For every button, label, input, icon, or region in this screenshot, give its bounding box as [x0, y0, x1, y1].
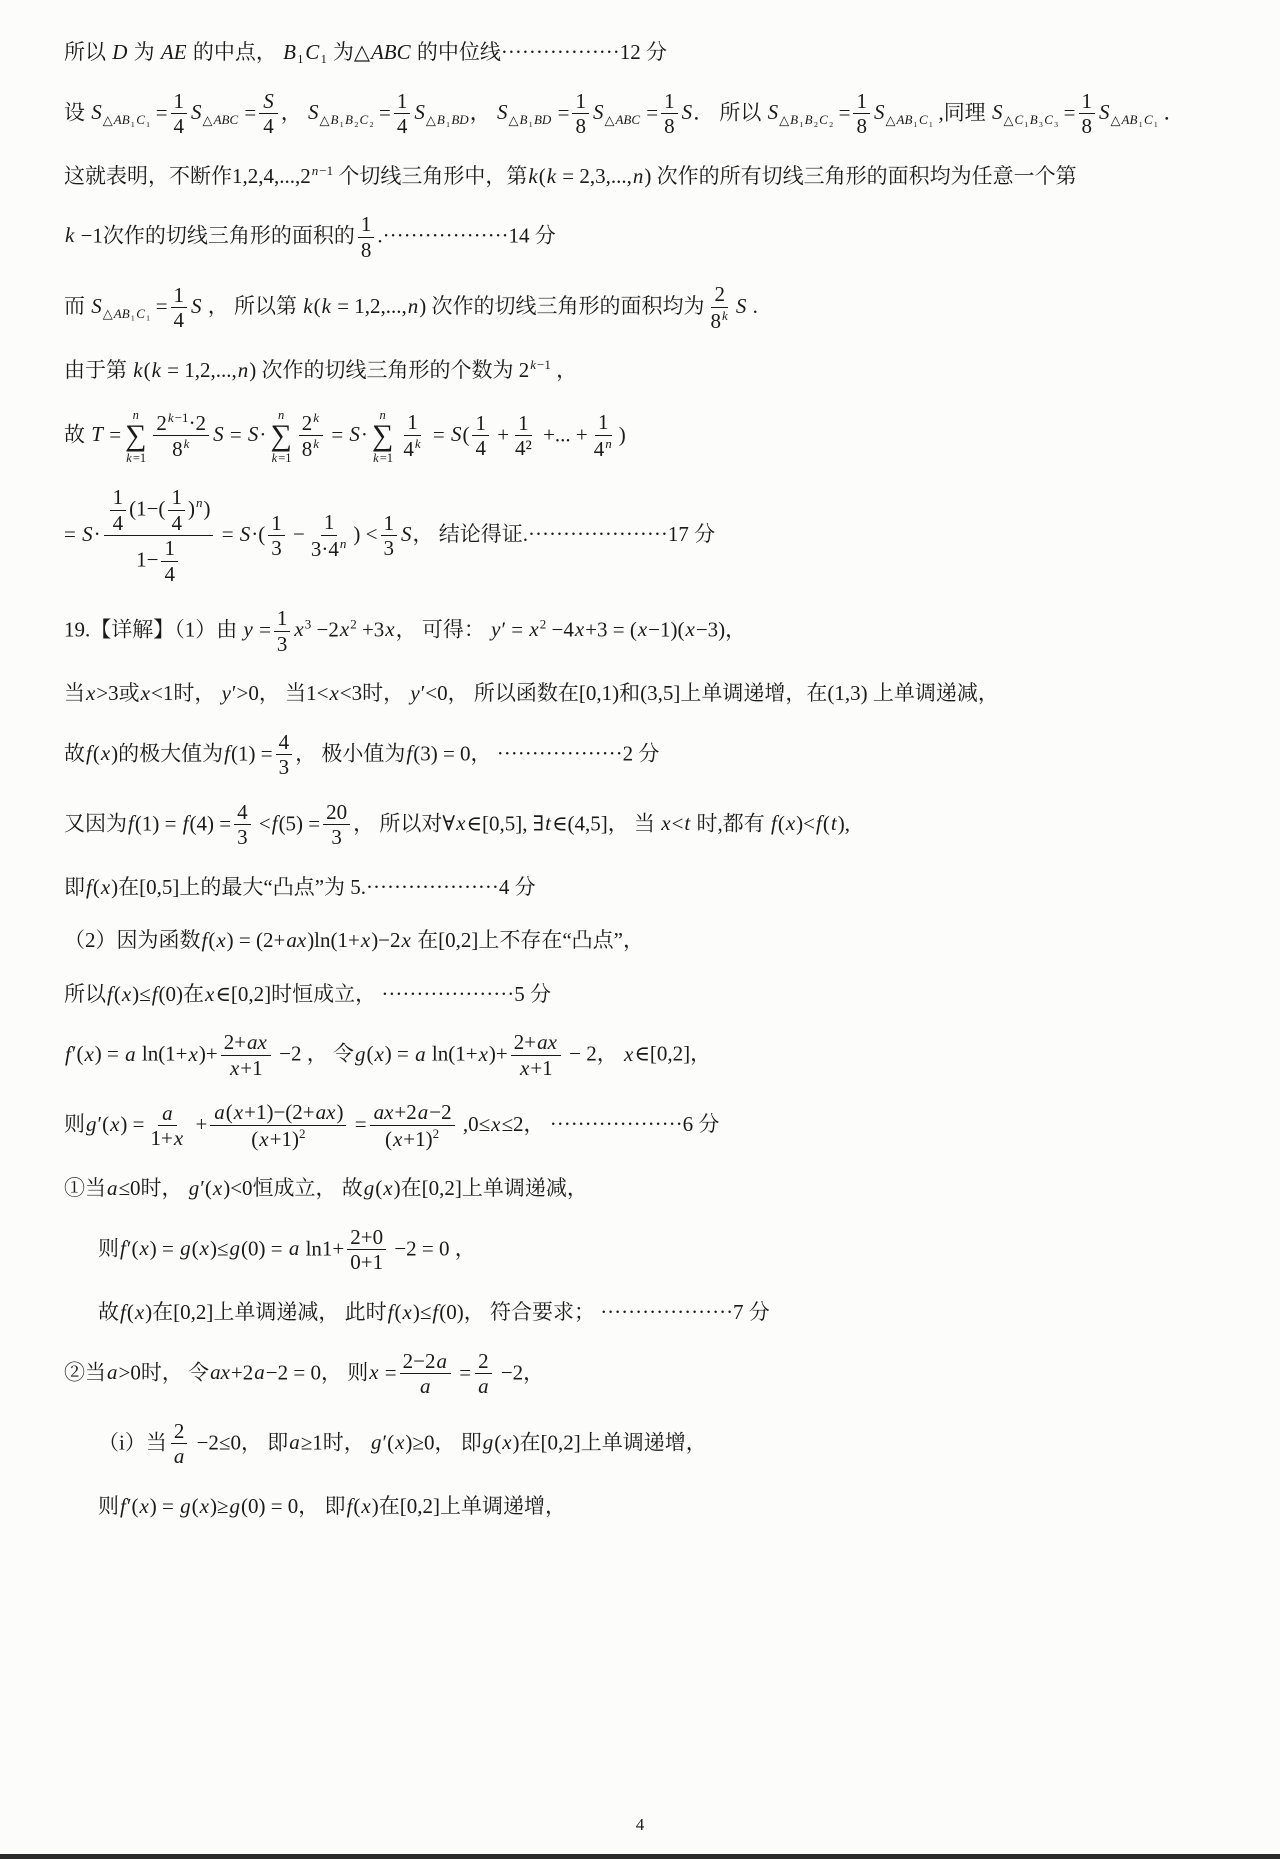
math-line-15: 所以f(x)≤f(0)在x∈[0,2]时恒成立， ···············…: [64, 978, 1224, 1011]
fraction: 2+00+1: [347, 1226, 386, 1275]
fraction: 13·4n: [308, 511, 351, 561]
fraction: 18: [358, 213, 375, 262]
summation: n∑k=1: [270, 408, 291, 465]
fraction: 14(1−(14)n)1−14: [104, 486, 214, 586]
math-line-7: 故 T =n∑k=12k−1·28kS = S·n∑k=12k8k = S·n∑…: [64, 408, 1224, 465]
math-line-9: 19.【详解】（1）由 y =13x3 −2x2 +3x， 可得： y′ = x…: [64, 607, 1224, 656]
fraction: 2k8k: [299, 411, 323, 462]
fraction: 18: [1079, 90, 1096, 139]
fraction: 14: [161, 537, 178, 586]
math-line-14: （2）因为函数f(x) = (2+ax)ln(1+x)−2x 在[0,2]上不存…: [64, 924, 1224, 957]
fraction: 14: [171, 90, 188, 139]
math-line-13: 即f(x)在[0,5]上的最大“凸点”为 5.·················…: [64, 871, 1224, 904]
math-line-19: 则f′(x) = g(x)≤g(0) = a ln1+2+00+1 −2 = 0…: [64, 1226, 1224, 1275]
document-page: 所以 D 为 AE 的中点， B₁C₁ 为△ABC 的中位线··········…: [0, 0, 1280, 1859]
document-content: 所以 D 为 AE 的中点， B₁C₁ 为△ABC 的中位线··········…: [0, 0, 1280, 1522]
fraction: a1+x: [148, 1102, 188, 1151]
fraction: 2−2aa: [400, 1350, 451, 1399]
fraction: 13: [381, 512, 398, 561]
scan-edge-artifact: [0, 1854, 1280, 1859]
fraction: 14n: [591, 411, 616, 461]
summation: n∑k=1: [125, 408, 146, 465]
fraction: 14k: [400, 411, 424, 461]
fraction: 2a: [170, 1420, 189, 1469]
fraction: 28k: [708, 283, 732, 333]
math-line-2: 设 S△AB₁C₁ =14S△ABC =S4， S△B₁B₂C₂ =14S△B₁…: [64, 90, 1224, 139]
math-line-21: ②当a>0时， 令ax+2a−2 = 0， 则x =2−2aa =2a −2，: [64, 1350, 1224, 1399]
math-line-10: 当x>3或x<1时， y′>0， 当1<x<3时， y′<0， 所以函数在[0,…: [64, 677, 1224, 710]
math-line-3: 这就表明，不断作1,2,4,...,2n−1 个切线三角形中，第k(k = 2,…: [64, 160, 1224, 193]
math-line-8: = S·14(1−(14)n)1−14 = S·(13 −13·4n) <13S…: [64, 486, 1224, 586]
fraction: 14: [110, 486, 127, 535]
fraction: 18: [661, 90, 678, 139]
fraction: 203: [323, 801, 350, 850]
fraction: 43: [234, 801, 251, 850]
math-line-16: f′(x) = a ln(1+x)+2+axx+1 −2 ， 令g(x) = a…: [64, 1031, 1224, 1080]
fraction: 18: [853, 90, 870, 139]
fraction: 2+axx+1: [221, 1031, 271, 1080]
fraction: 13: [268, 512, 285, 561]
math-line-5: 而 S△AB₁C₁ =14S ， 所以第 k(k = 1,2,...,n) 次作…: [64, 283, 1224, 333]
math-line-4: k −1次作的切线三角形的面积的18.··················14 …: [64, 213, 1224, 262]
fraction: 2+axx+1: [511, 1031, 561, 1080]
math-line-6: 由于第 k(k = 1,2,...,n) 次作的切线三角形的个数为 2k−1 ，: [64, 354, 1224, 387]
fraction: 2k−1·28k: [153, 411, 209, 462]
math-line-23: 则f′(x) = g(x)≥g(0) = 0， 即f(x)在[0,2]上单调递增…: [64, 1490, 1224, 1523]
fraction: S4: [259, 90, 278, 139]
fraction: 2a: [474, 1350, 493, 1399]
math-line-18: ①当a≤0时， g′(x)<0恒成立， 故g(x)在[0,2]上单调递减，: [64, 1172, 1224, 1205]
math-line-11: 故f(x)的极大值为f(1) =43， 极小值为f(3) = 0， ······…: [64, 731, 1224, 780]
math-line-17: 则g′(x) =a1+x +a(x+1)−(2+ax)(x+1)2 =ax+2a…: [64, 1101, 1224, 1151]
fraction: 18: [572, 90, 589, 139]
fraction: 14: [171, 284, 188, 333]
fraction: 14: [472, 412, 489, 461]
fraction: 43: [276, 731, 293, 780]
math-line-22: （i）当2a −2≤0， 即a≥1时， g′(x)≥0， 即g(x)在[0,2]…: [64, 1420, 1224, 1469]
math-line-20: 故f(x)在[0,2]上单调递减， 此时f(x)≤f(0)， 符合要求； ···…: [64, 1296, 1224, 1329]
fraction: ax+2a−2(x+1)2: [370, 1101, 455, 1151]
fraction: 14: [168, 486, 185, 535]
math-line-12: 又因为f(1) = f(4) =43 <f(5) =203， 所以对∀x∈[0,…: [64, 801, 1224, 850]
fraction: 14: [394, 90, 411, 139]
page-number: 4: [0, 1815, 1280, 1835]
fraction: 13: [274, 607, 291, 656]
fraction: a(x+1)−(2+ax)(x+1)2: [210, 1101, 346, 1151]
summation: n∑k=1: [372, 408, 393, 465]
fraction: 14²: [512, 412, 535, 461]
math-line-1: 所以 D 为 AE 的中点， B₁C₁ 为△ABC 的中位线··········…: [64, 36, 1224, 69]
